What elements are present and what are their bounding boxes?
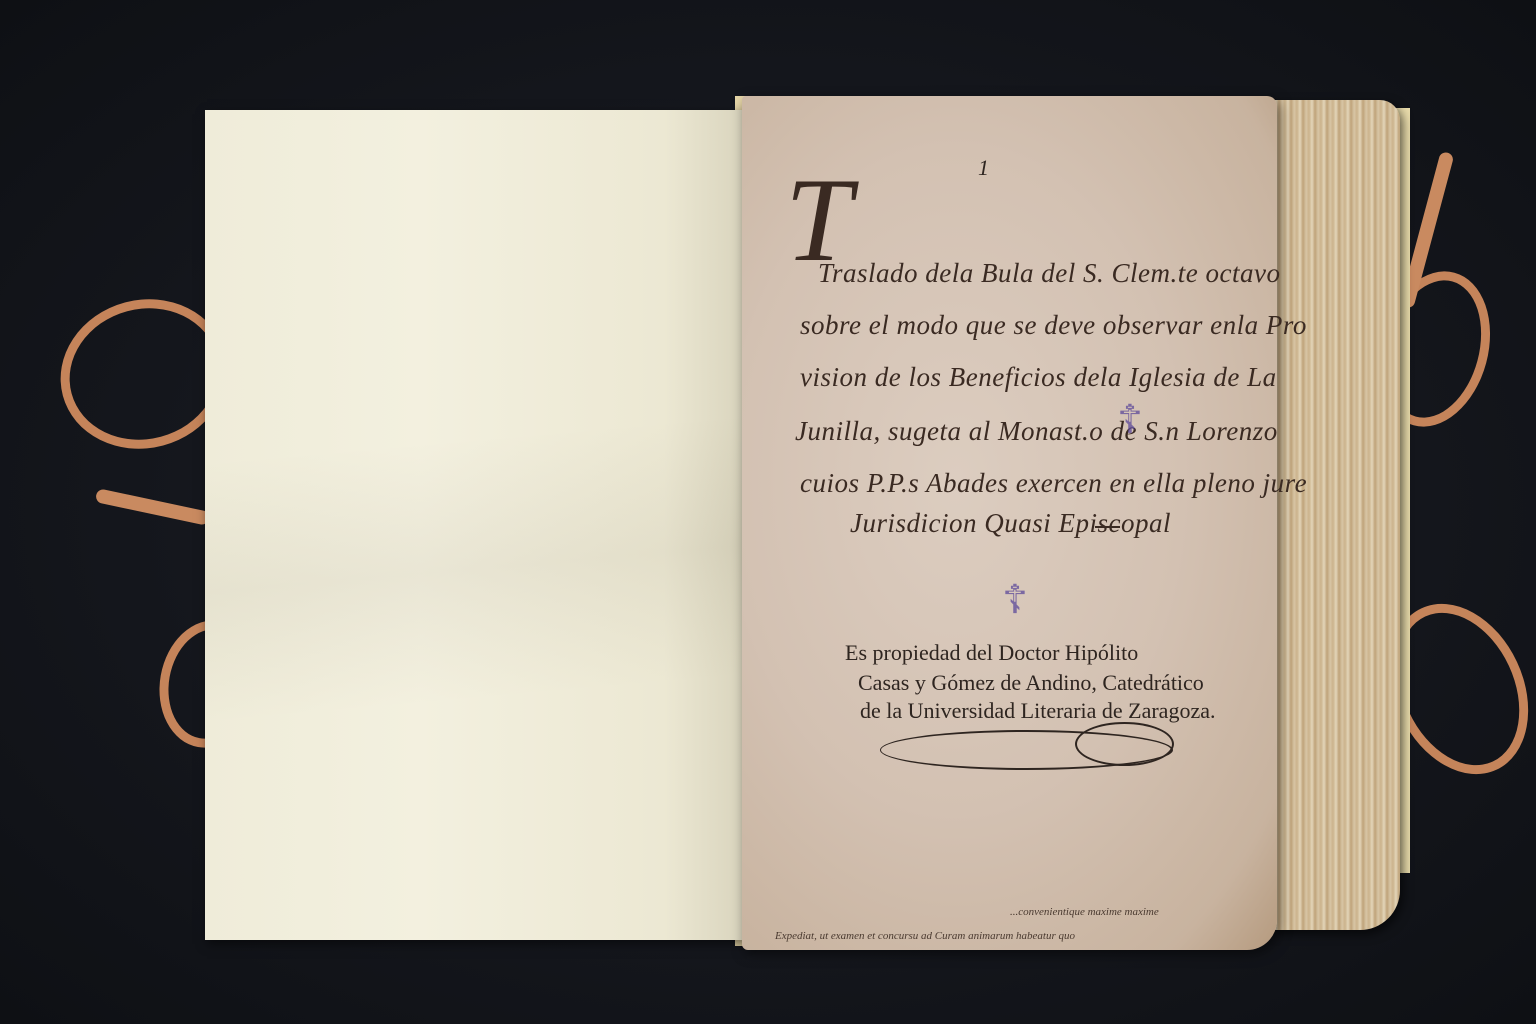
title-line-1: Traslado dela Bula del S. Clem.te octavo — [818, 258, 1280, 289]
ownership-line-2: Casas y Gómez de Andino, Catedrático — [858, 670, 1204, 696]
ownership-line-1: Es propiedad del Doctor Hipólito — [845, 640, 1138, 666]
title-line-5: cuios P.P.s Abades exercen en ella pleno… — [800, 468, 1307, 499]
signature-loop — [1075, 722, 1174, 766]
ownership-line-3: de la Universidad Literaria de Zaragoza. — [860, 698, 1215, 724]
left-page-blank — [205, 110, 745, 940]
folio-number: 1 — [978, 155, 989, 181]
title-end-rule — [1095, 526, 1120, 528]
bottom-fragment-1: ...convenientique maxime maxime — [1010, 906, 1159, 918]
page-edges — [1270, 100, 1400, 930]
page-fold — [205, 110, 745, 940]
title-line-2: sobre el modo que se deve observar enla … — [800, 310, 1307, 341]
stamp-icon: ☦ — [985, 565, 1045, 635]
title-line-6: Jurisdicion Quasi Episcopal — [850, 508, 1171, 539]
bottom-fragment-2: Expediat, ut examen et concursu ad Curam… — [775, 930, 1075, 942]
title-line-3: vision de los Beneficios dela Iglesia de… — [800, 362, 1277, 393]
stamp-icon: ☦ — [1100, 385, 1160, 455]
title-line-4: Junilla, sugeta al Monast.o de S.n Loren… — [795, 416, 1278, 447]
